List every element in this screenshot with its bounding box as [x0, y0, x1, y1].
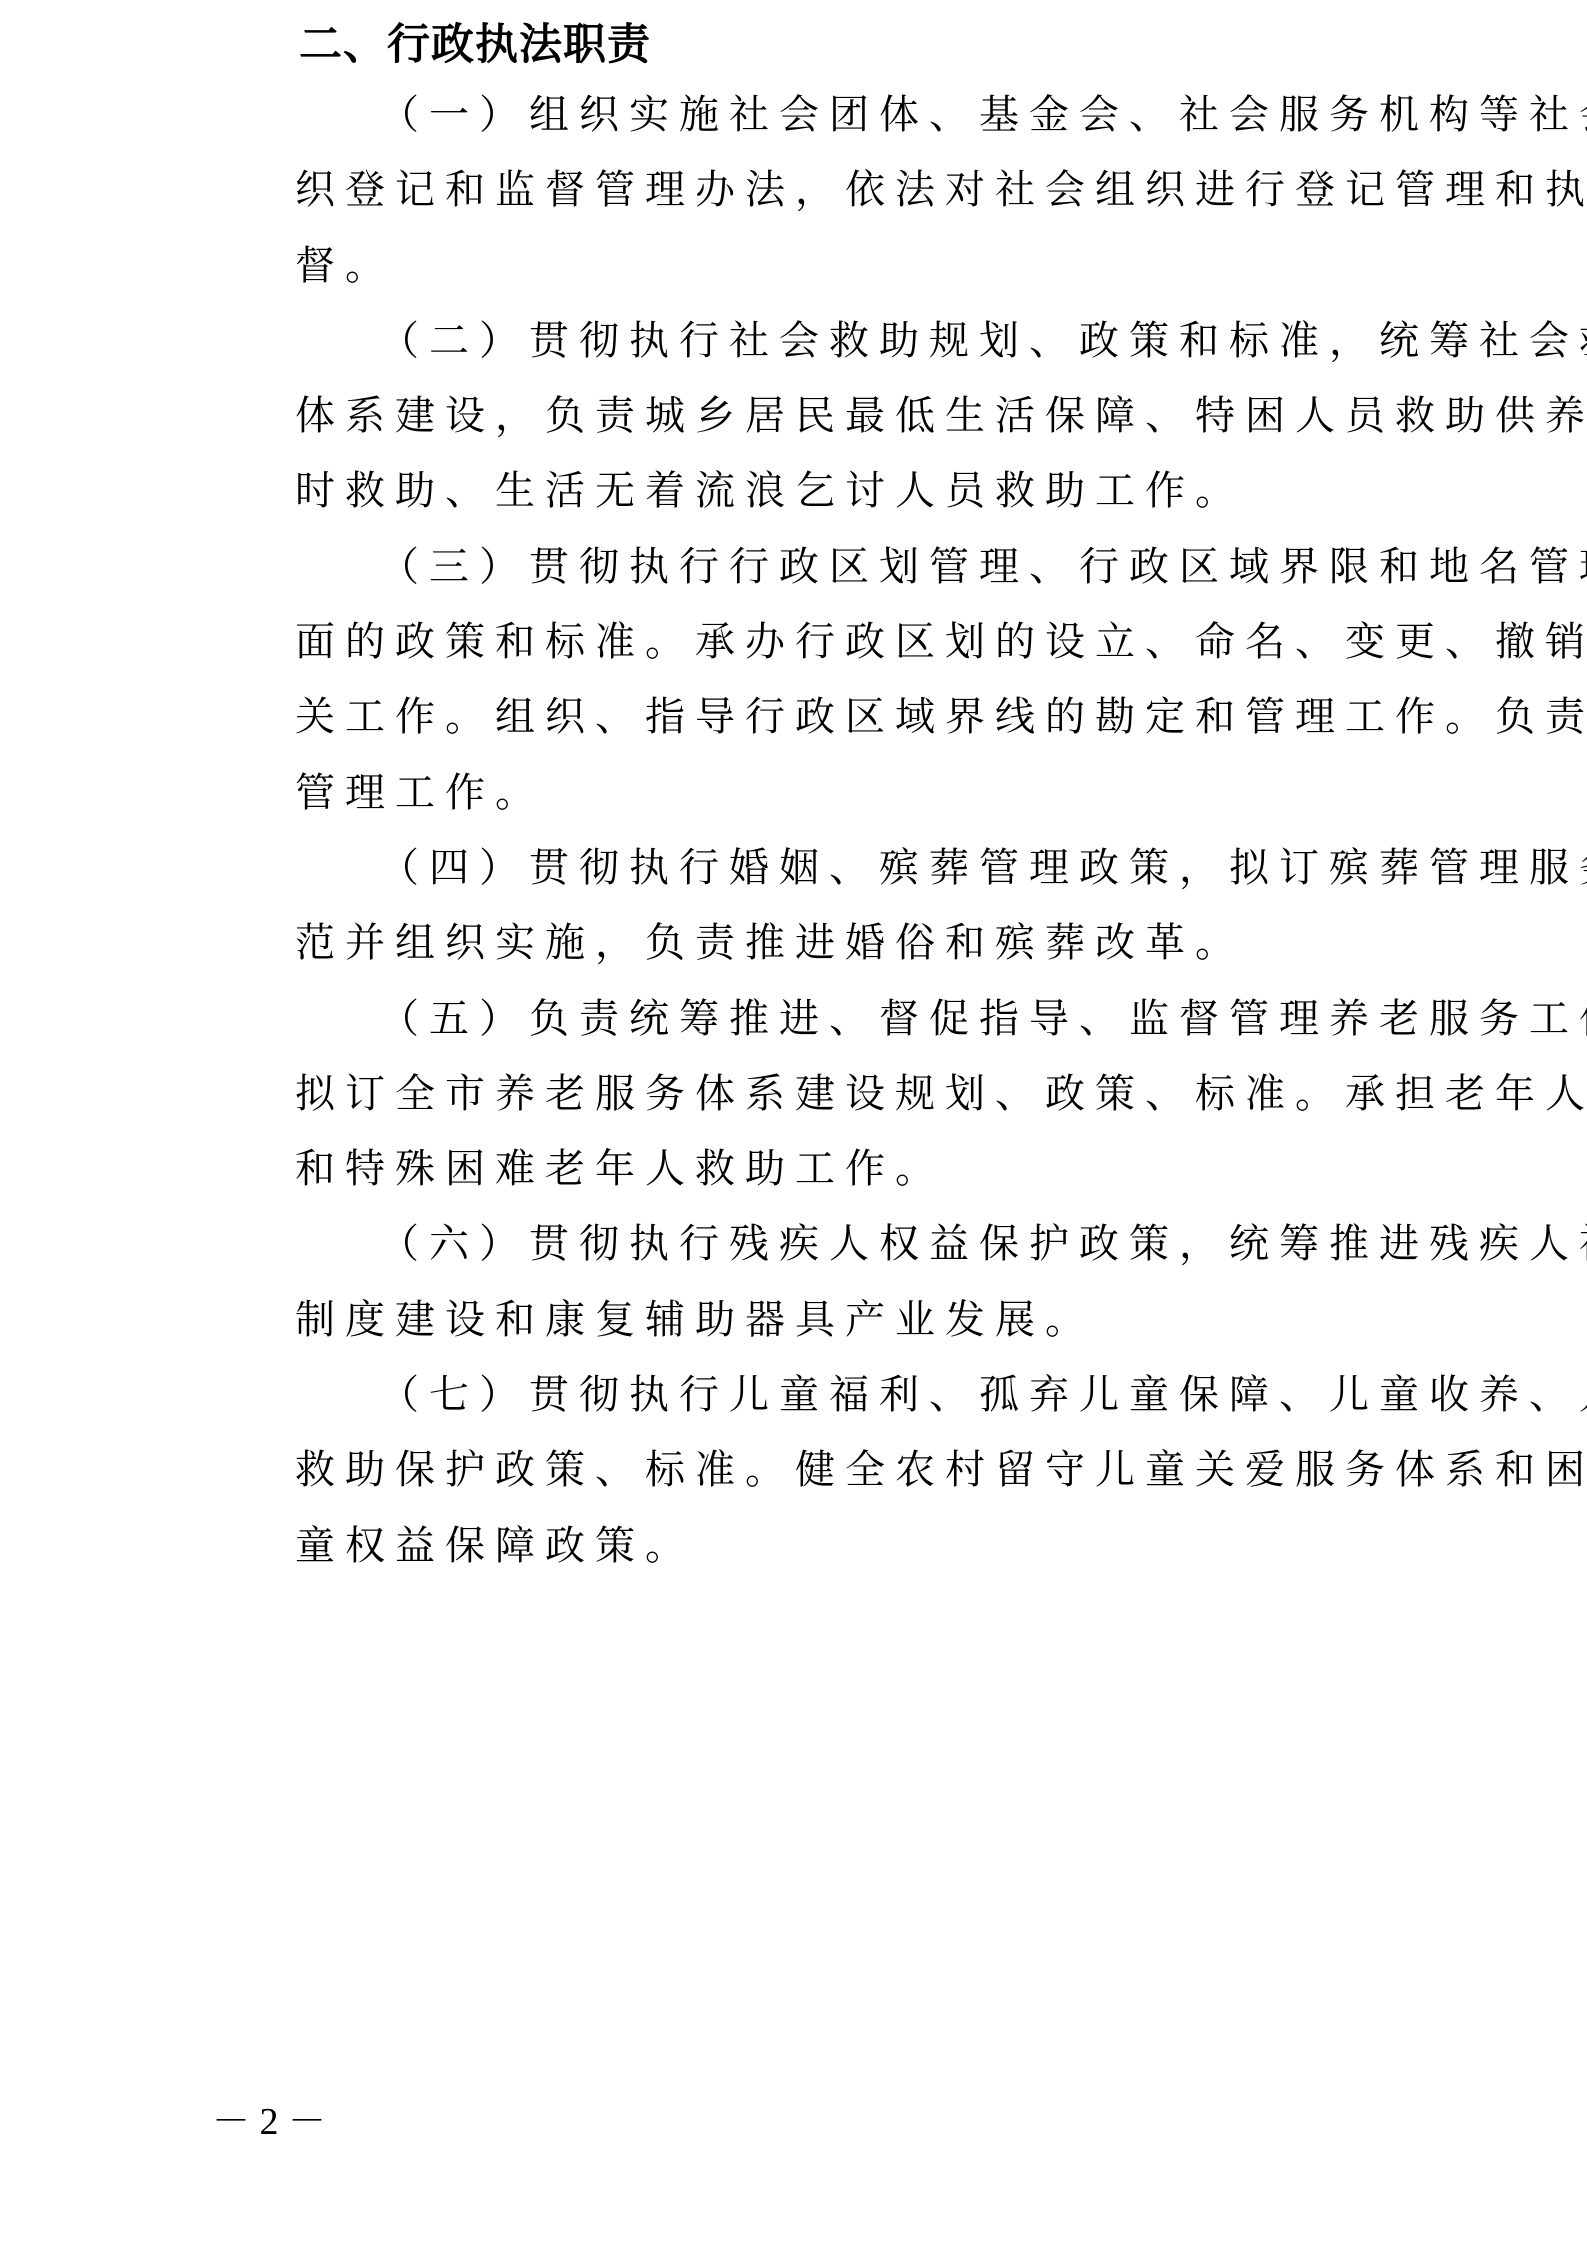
paragraph-line: 时救助、生活无着流浪乞讨人员救助工作。 — [215, 454, 1397, 529]
paragraph-line: （七）贯彻执行儿童福利、孤弃儿童保障、儿童收养、儿童 — [215, 1358, 1397, 1433]
paragraph-line: （三）贯彻执行行政区划管理、行政区域界限和地名管理方 — [215, 530, 1397, 605]
paragraph-line: 织登记和监督管理办法，依法对社会组织进行登记管理和执法监 — [215, 153, 1397, 228]
item-4-paragraph: （四）贯彻执行婚姻、殡葬管理政策，拟订殡葬管理服务规 范并组织实施，负责推进婚俗… — [215, 831, 1397, 982]
item-3-paragraph: （三）贯彻执行行政区划管理、行政区域界限和地名管理方 面的政策和标准。承办行政区… — [215, 530, 1397, 831]
section-heading: 二、行政执法职责 — [215, 12, 1397, 78]
paragraph-line: 拟订全市养老服务体系建设规划、政策、标准。承担老年人福利 — [215, 1057, 1397, 1132]
item-6-paragraph: （六）贯彻执行残疾人权益保护政策，统筹推进残疾人福利 制度建设和康复辅助器具产业… — [215, 1207, 1397, 1358]
document-page: 二、行政执法职责 （一）组织实施社会团体、基金会、社会服务机构等社会组 织登记和… — [215, 12, 1397, 1584]
paragraph-line: 救助保护政策、标准。健全农村留守儿童关爱服务体系和困境儿 — [215, 1433, 1397, 1508]
item-1-paragraph: （一）组织实施社会团体、基金会、社会服务机构等社会组 织登记和监督管理办法，依法… — [215, 78, 1397, 304]
item-2-paragraph: （二）贯彻执行社会救助规划、政策和标准，统筹社会救助 体系建设，负责城乡居民最低… — [215, 304, 1397, 530]
paragraph-line: （二）贯彻执行社会救助规划、政策和标准，统筹社会救助 — [215, 304, 1397, 379]
paragraph-line: （六）贯彻执行残疾人权益保护政策，统筹推进残疾人福利 — [215, 1207, 1397, 1282]
item-7-paragraph: （七）贯彻执行儿童福利、孤弃儿童保障、儿童收养、儿童 救助保护政策、标准。健全农… — [215, 1358, 1397, 1584]
paragraph-line: 督。 — [215, 229, 1397, 304]
paragraph-line: 制度建设和康复辅助器具产业发展。 — [215, 1283, 1397, 1358]
paragraph-line: （四）贯彻执行婚姻、殡葬管理政策，拟订殡葬管理服务规 — [215, 831, 1397, 906]
paragraph-line: 体系建设，负责城乡居民最低生活保障、特困人员救助供养、临 — [215, 379, 1397, 454]
paragraph-line: 面的政策和标准。承办行政区划的设立、命名、变更、撤销等相 — [215, 605, 1397, 680]
item-5-paragraph: （五）负责统筹推进、督促指导、监督管理养老服务工作， 拟订全市养老服务体系建设规… — [215, 982, 1397, 1208]
paragraph-line: 关工作。组织、指导行政区域界线的勘定和管理工作。负责地名 — [215, 680, 1397, 755]
paragraph-line: 和特殊困难老年人救助工作。 — [215, 1132, 1397, 1207]
paragraph-line: 范并组织实施，负责推进婚俗和殡葬改革。 — [215, 906, 1397, 981]
paragraph-line: （五）负责统筹推进、督促指导、监督管理养老服务工作， — [215, 982, 1397, 1057]
paragraph-line: 童权益保障政策。 — [215, 1509, 1397, 1584]
paragraph-line: 管理工作。 — [215, 756, 1397, 831]
paragraph-line: （一）组织实施社会团体、基金会、社会服务机构等社会组 — [215, 78, 1397, 153]
page-number: － 2 － — [212, 2090, 326, 2145]
